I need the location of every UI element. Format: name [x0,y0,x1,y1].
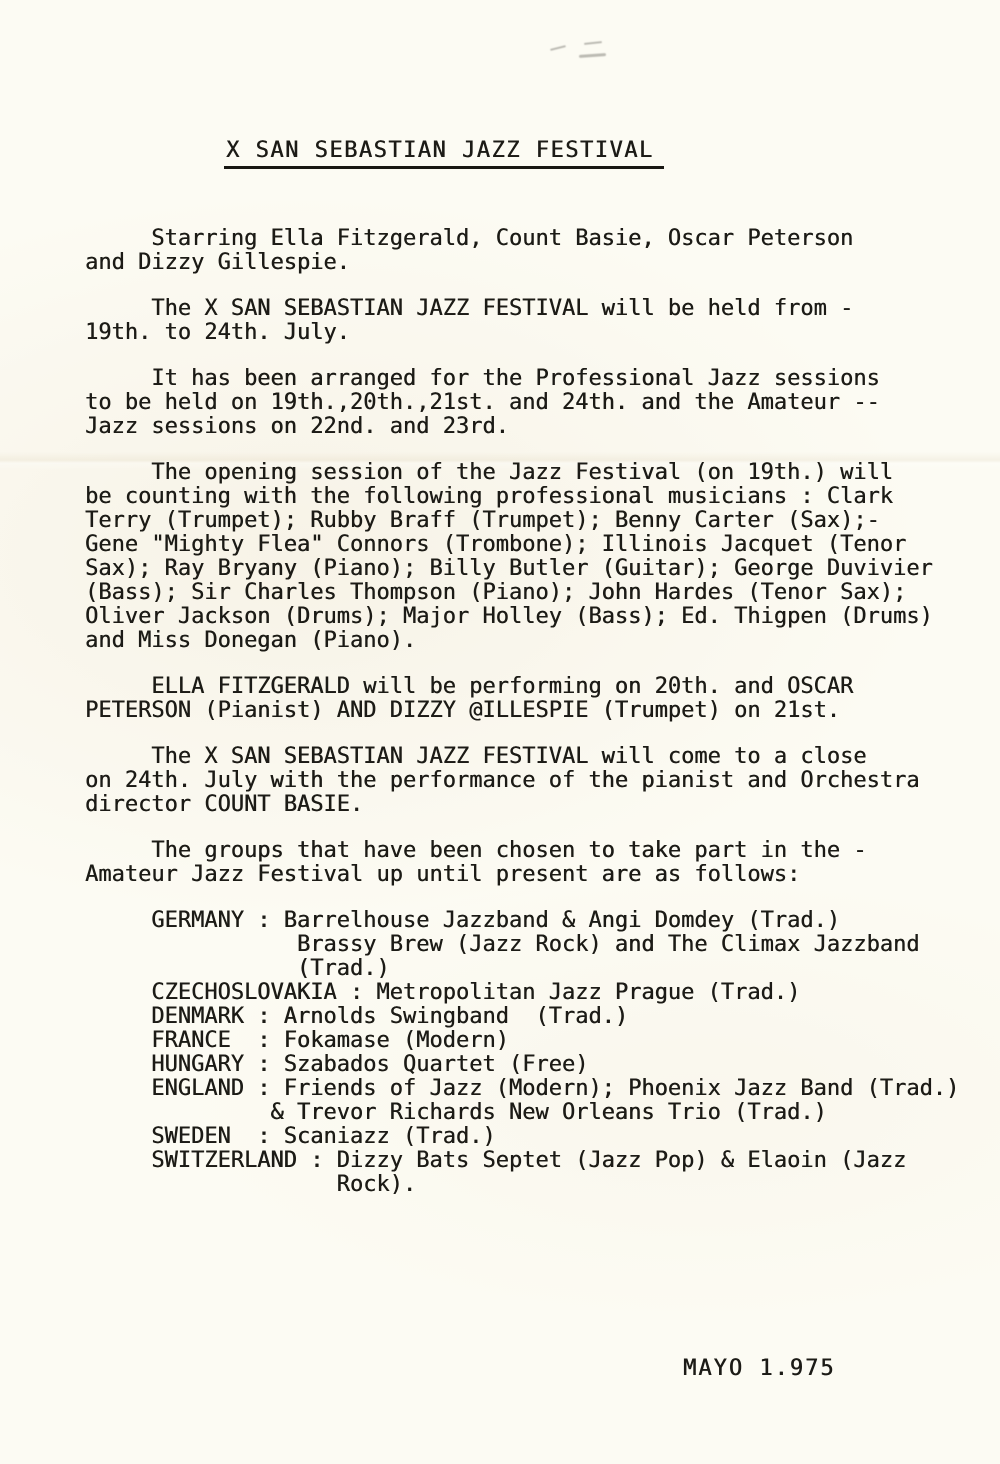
paragraph-closing-performance: The X SAN SEBASTIAN JAZZ FESTIVAL will c… [85,745,959,817]
pencil-smudge [579,53,606,58]
document-body: Starring Ella Fitzgerald, Count Basie, O… [85,227,959,1219]
text-line: (Trad.) [85,957,959,981]
paragraph-amateur-groups-intro: The groups that have been chosen to take… [85,839,959,887]
text-line: The X SAN SEBASTIAN JAZZ FESTIVAL will c… [85,745,959,769]
text-line: Oliver Jackson (Drums); Major Holley (Ba… [85,605,959,629]
text-line: and Dizzy Gillespie. [85,251,959,275]
text-line: SWEDEN : Scaniazz (Trad.) [85,1125,959,1149]
text-line: 19th. to 24th. July. [85,321,959,345]
text-line: DENMARK : Arnolds Swingband (Trad.) [85,1005,959,1029]
text-line: CZECHOSLOVAKIA : Metropolitan Jazz Pragu… [85,981,959,1005]
text-line: to be held on 19th.,20th.,21st. and 24th… [85,391,959,415]
paragraph-festival-dates: The X SAN SEBASTIAN JAZZ FESTIVAL will b… [85,297,959,345]
text-line: on 24th. July with the performance of th… [85,769,959,793]
pencil-smudge [550,45,566,51]
text-line: PETERSON (Pianist) AND DIZZY @ILLESPIE (… [85,699,959,723]
text-line: Rock). [85,1173,959,1197]
text-line: & Trevor Richards New Orleans Trio (Trad… [85,1101,959,1125]
text-line: Gene "Mighty Flea" Connors (Trombone); I… [85,533,959,557]
text-line: Brassy Brew (Jazz Rock) and The Climax J… [85,933,959,957]
text-line: GERMANY : Barrelhouse Jazzband & Angi Do… [85,909,959,933]
text-line: (Bass); Sir Charles Thompson (Piano); Jo… [85,581,959,605]
text-line: Terry (Trumpet); Rubby Braff (Trumpet); … [85,509,959,533]
text-line: Jazz sessions on 22nd. and 23rd. [85,415,959,439]
amateur-groups-list: GERMANY : Barrelhouse Jazzband & Angi Do… [85,909,959,1197]
text-line: ENGLAND : Friends of Jazz (Modern); Phoe… [85,1077,959,1101]
text-line: It has been arranged for the Professiona… [85,367,959,391]
document-title: X SAN SEBASTIAN JAZZ FESTIVAL [224,138,664,169]
paragraph-opening-session-musicians: The opening session of the Jazz Festival… [85,461,959,653]
text-line: ELLA FITZGERALD will be performing on 20… [85,675,959,699]
text-line: SWITZERLAND : Dizzy Bats Septet (Jazz Po… [85,1149,959,1173]
paragraph-headliners: ELLA FITZGERALD will be performing on 20… [85,675,959,723]
text-line: The opening session of the Jazz Festival… [85,461,959,485]
date-stamp: MAYO 1.975 [683,1356,835,1381]
paragraph-starring: Starring Ella Fitzgerald, Count Basie, O… [85,227,959,275]
text-line: The groups that have been chosen to take… [85,839,959,863]
pencil-smudge [584,41,602,45]
text-line: director COUNT BASIE. [85,793,959,817]
text-line: The X SAN SEBASTIAN JAZZ FESTIVAL will b… [85,297,959,321]
text-line: Starring Ella Fitzgerald, Count Basie, O… [85,227,959,251]
text-line: and Miss Donegan (Piano). [85,629,959,653]
text-line: Amateur Jazz Festival up until present a… [85,863,959,887]
text-line: HUNGARY : Szabados Quartet (Free) [85,1053,959,1077]
paragraph-sessions-schedule: It has been arranged for the Professiona… [85,367,959,439]
text-line: be counting with the following professio… [85,485,959,509]
text-line: FRANCE : Fokamase (Modern) [85,1029,959,1053]
text-line: Sax); Ray Bryany (Piano); Billy Butler (… [85,557,959,581]
scanned-document-page: X SAN SEBASTIAN JAZZ FESTIVAL Starring E… [0,0,1000,1464]
